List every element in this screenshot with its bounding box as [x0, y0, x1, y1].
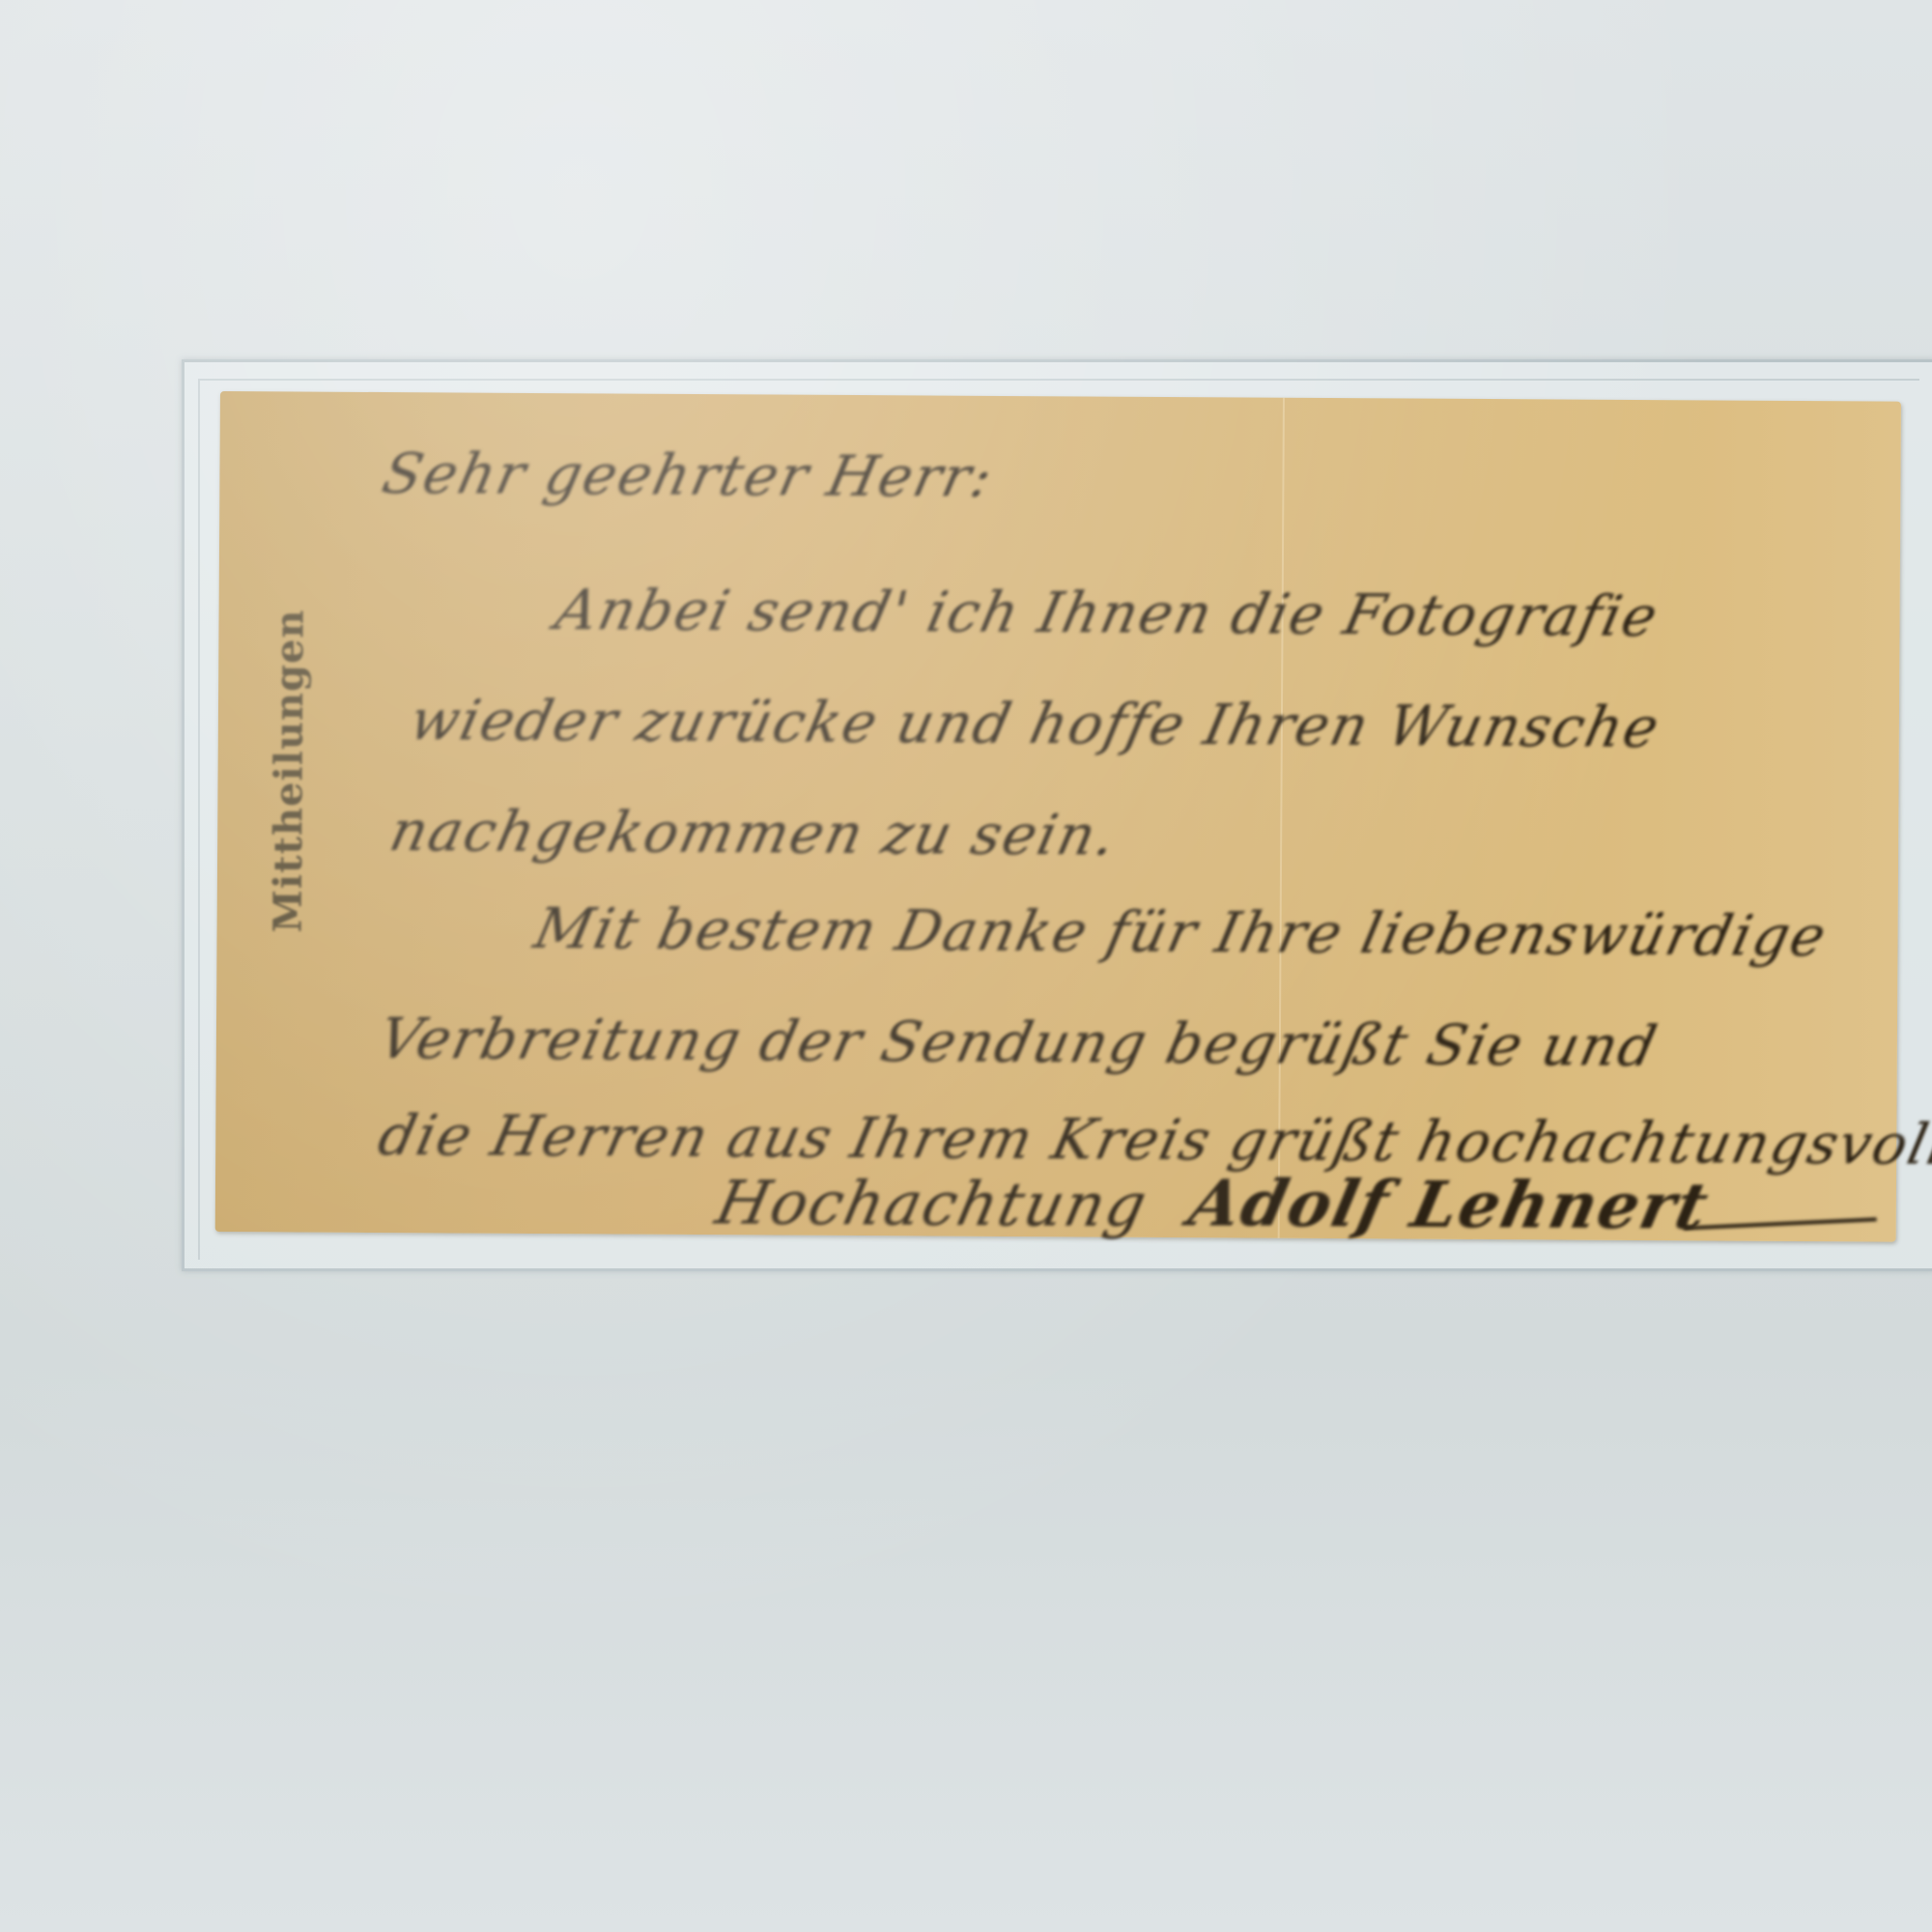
salutation-line: Sehr geehrter Herr:: [377, 440, 1000, 510]
signature: Adolf Lehnert: [1182, 1165, 1716, 1243]
letter-line: die Herren aus Ihrem Kreis grüßt hochach…: [373, 1102, 1932, 1178]
letter-line: wieder zurücke und hoffe Ihren Wunsche: [404, 687, 1666, 760]
printed-label: Mittheilungen: [266, 609, 313, 932]
closing-line: Hochachtung: [710, 1167, 1154, 1240]
letter-line: Anbei send' ich Ihnen die Fotografie: [550, 577, 1664, 649]
letter-line: Verbreitung der Sendung begrüßt Sie und: [373, 1006, 1663, 1079]
signature-flourish: [1684, 1217, 1877, 1230]
correspondence-card: Mittheilungen Sehr geehrter Herr: Anbei …: [215, 391, 1901, 1242]
letter-line: Mit bestem Danke für Ihre liebenswürdige: [528, 895, 1833, 969]
letter-line: nachgekommen zu sein.: [384, 798, 1123, 867]
